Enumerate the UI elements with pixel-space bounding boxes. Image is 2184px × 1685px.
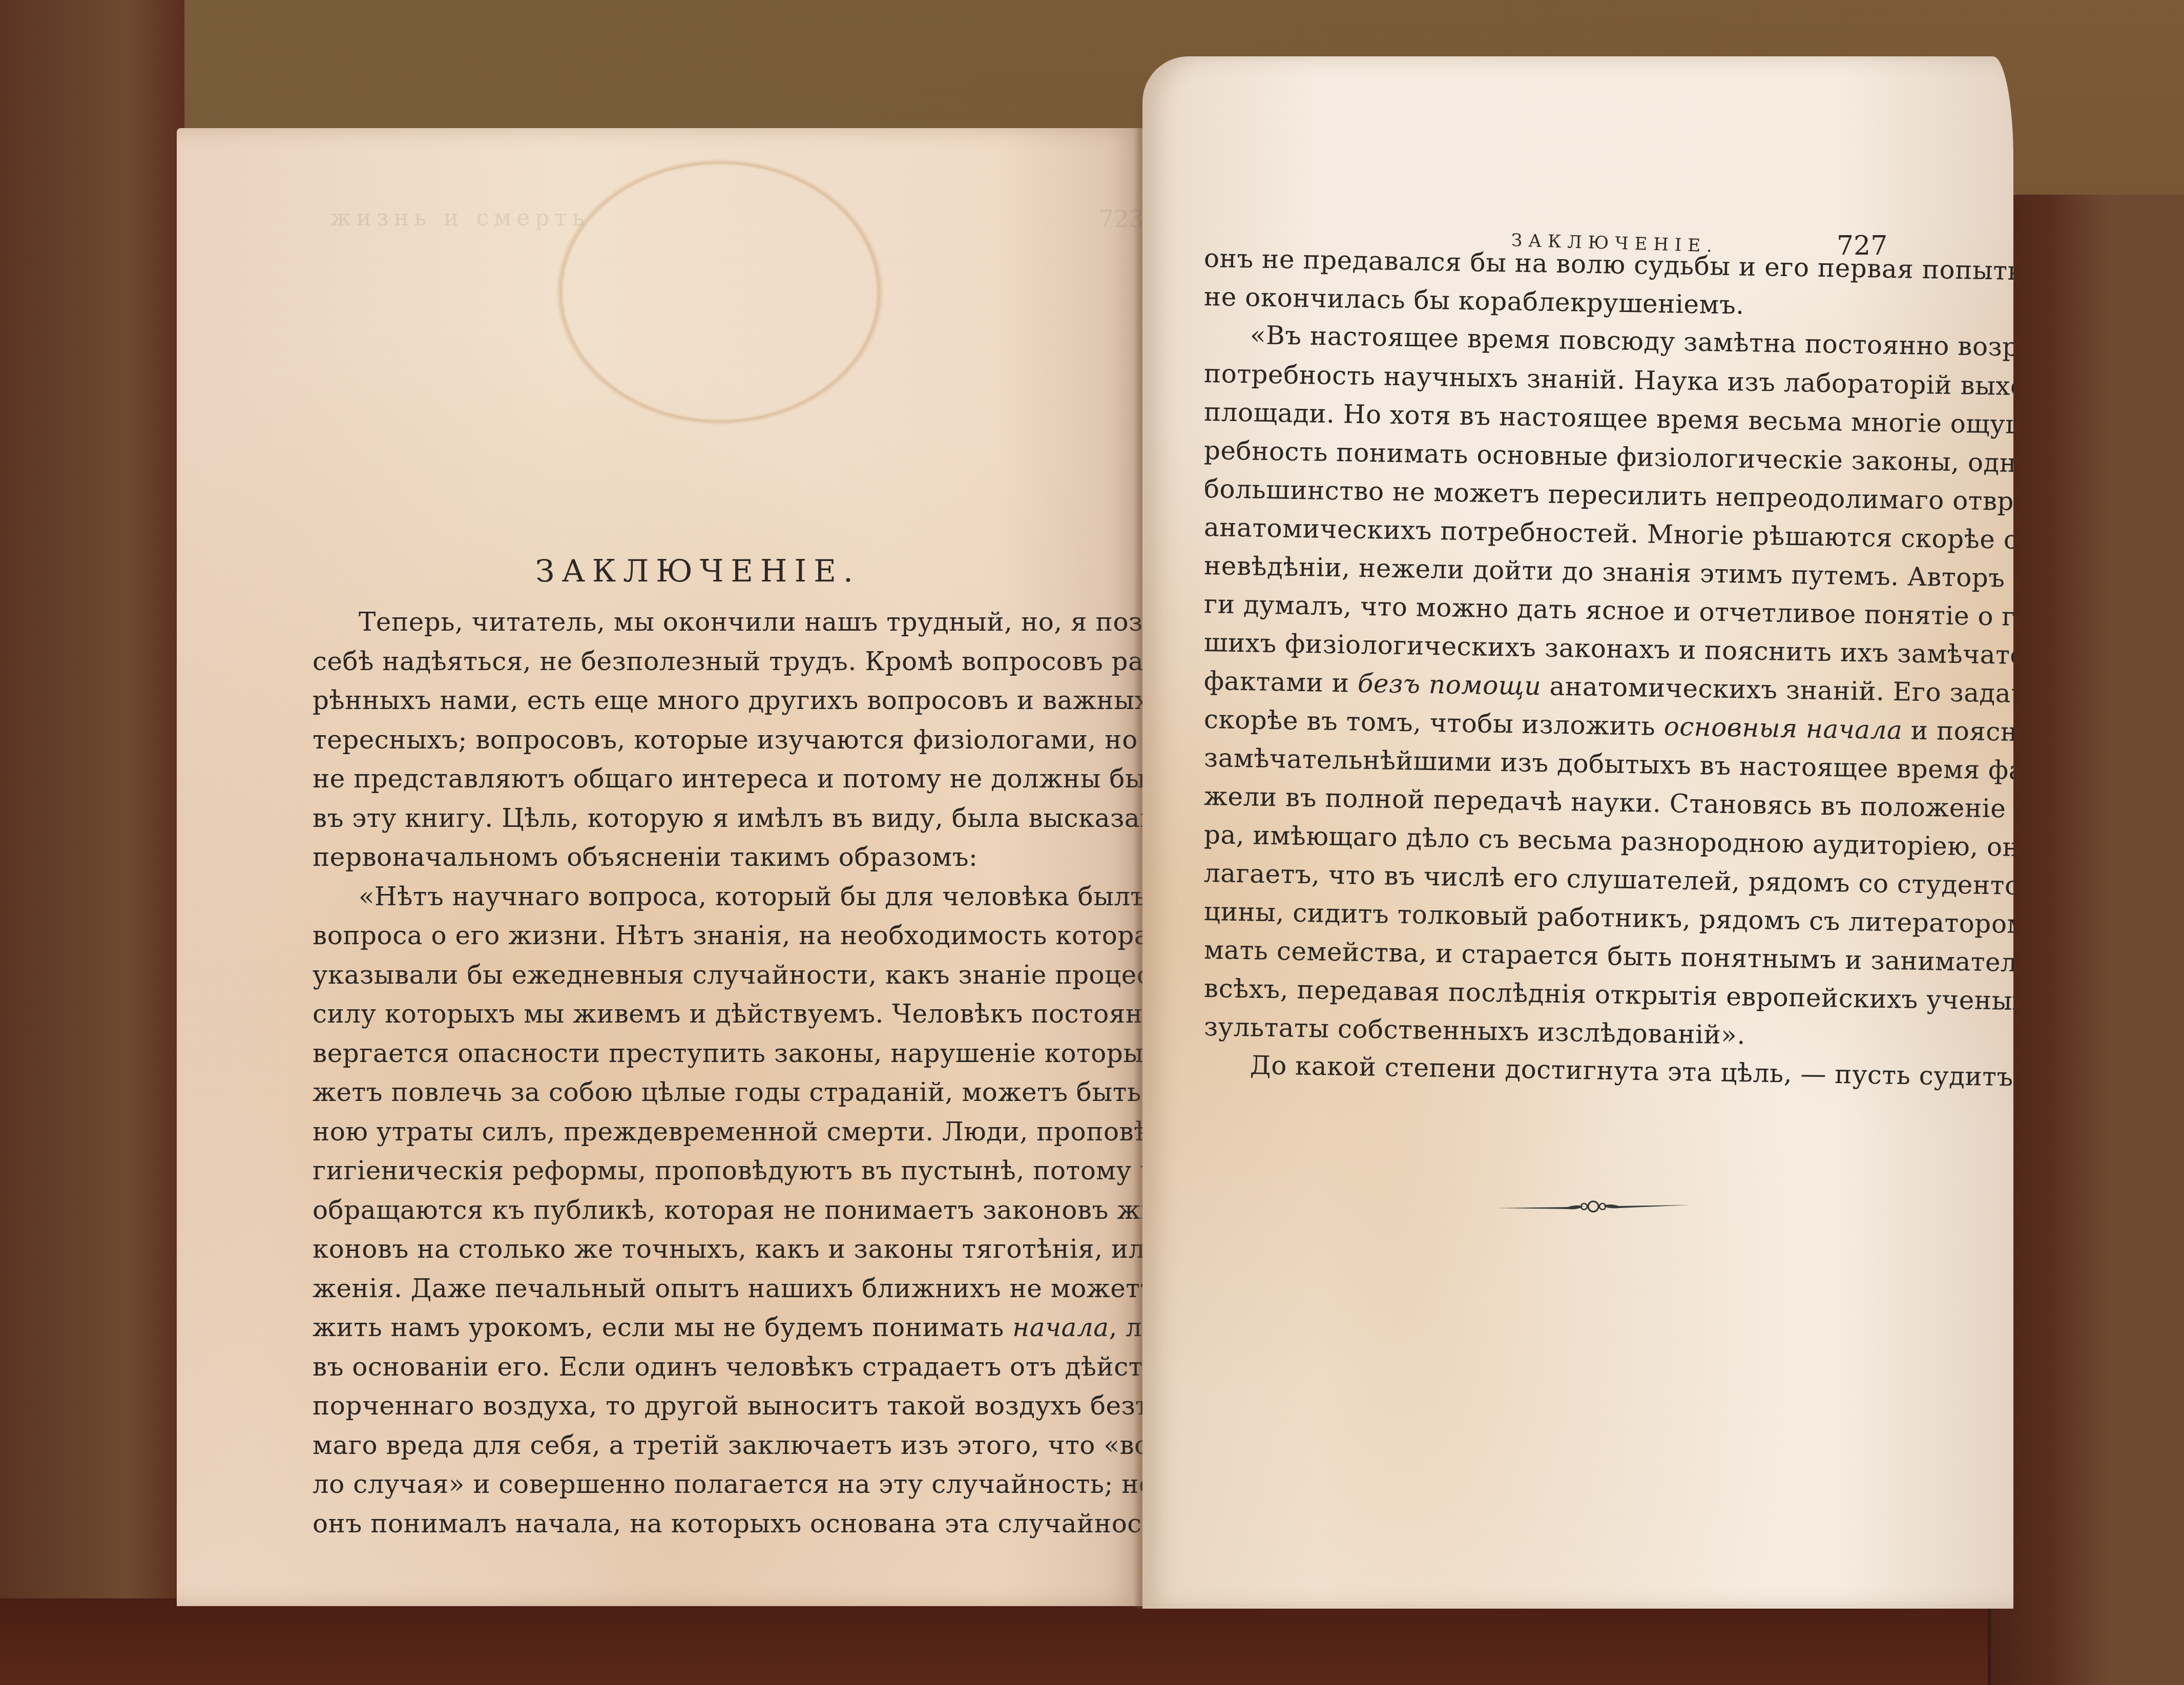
- text-line: онъ понималъ начала, на которыхъ основан…: [313, 1509, 1020, 1538]
- text-line: ною утраты силъ, преждевременной смерти.…: [313, 1117, 1020, 1147]
- text-segment: въ эту книгу. Цѣль, которую я имѣлъ въ в…: [313, 803, 1142, 833]
- text-segment: ра, имѣющаго дѣло съ весьма разнородною …: [1204, 820, 2013, 864]
- tailpiece-ornament-icon: [1491, 1194, 1696, 1219]
- text-line: не представляютъ общаго интереса и потом…: [313, 764, 1020, 794]
- text-line: «Въ настоящее время повсюду замѣтна пост…: [1250, 320, 1891, 360]
- show-through-running-head: жизнь и смерть: [330, 205, 590, 231]
- text-line: фактами и безъ помощи анатомическихъ зна…: [1204, 666, 1891, 706]
- text-segment: рѣнныхъ нами, есть еще много другихъ воп…: [313, 685, 1142, 715]
- text-segment: указывали бы ежедневныя случайности, как…: [313, 960, 1142, 990]
- text-segment: онъ не предавался бы на волю судьбы и ег…: [1204, 243, 2013, 288]
- text-line: не окончилась бы кораблекрушенiемъ.: [1204, 282, 1891, 322]
- text-line: обращаются къ публикѣ, которая не понима…: [313, 1195, 1020, 1225]
- text-line: скорѣе въ томъ, чтобы изложить основныя …: [1204, 704, 1891, 745]
- right-page: ЗАКЛЮЧЕНIЕ. 727 онъ не предавался бы на …: [1142, 56, 2013, 1609]
- text-segment: коновъ на столько же точныхъ, какъ и зак…: [313, 1234, 1142, 1264]
- book-cover-right: [1988, 195, 2184, 1685]
- text-line: вопроса о его жизни. Нѣтъ знанiя, на нео…: [313, 921, 1020, 950]
- text-line: ра, имѣющаго дѣло съ весьма разнородною …: [1204, 820, 1891, 860]
- text-line: площади. Но хотя въ настоящее время весь…: [1204, 397, 1891, 438]
- text-line: Теперь, читатель, мы окончили нашъ трудн…: [359, 607, 1020, 637]
- text-line: тересныхъ; вопросовъ, которые изучаются …: [313, 725, 1020, 755]
- text-line: маго вреда для себя, а третiй заключаетъ…: [313, 1430, 1020, 1460]
- text-line: невѣдѣнiи, нежели дойти до знанiя этимъ …: [1204, 551, 1891, 591]
- show-through-page-number: 723: [305, 205, 350, 233]
- text-segment: порченнаго воздуха, то другой выноситъ т…: [313, 1391, 1142, 1421]
- text-segment: онъ понималъ начала, на которыхъ основан…: [313, 1509, 1142, 1538]
- text-segment: Теперь, читатель, мы окончили нашъ трудн…: [359, 607, 1142, 637]
- text-segment: ги думалъ, что можно дать ясное и отчетл…: [1204, 589, 2013, 633]
- text-line: всѣхъ, передавая послѣднiя открытiя евро…: [1204, 973, 1891, 1014]
- left-page: жизнь и смерть 723 ЗАКЛЮЧЕНIЕ. Теперь, ч…: [177, 128, 1142, 1606]
- text-segment: анатомическихъ потребностей. Многiе рѣша…: [1204, 512, 2013, 557]
- text-line: жетъ повлечь за собою цѣлые годы страдан…: [313, 1077, 1020, 1107]
- text-line: ребность понимать основные физiологическ…: [1204, 435, 1891, 476]
- text-line: первоначальномъ объясненiи такимъ образо…: [313, 842, 1020, 872]
- text-line: онъ не предавался бы на волю судьбы и ег…: [1204, 243, 1891, 284]
- text-line: большинство не можетъ пересилить непреод…: [1204, 474, 1891, 514]
- text-line: себѣ надѣяться, не безполезный трудъ. Кр…: [313, 647, 1020, 676]
- text-line: зультаты собственныхъ изслѣдованiй».: [1204, 1012, 1891, 1052]
- text-line: цины, сидитъ толковый работникъ, рядомъ …: [1204, 897, 1891, 937]
- text-segment: первоначальномъ объясненiи такимъ образо…: [313, 842, 977, 872]
- italic-emphasis: начала: [1012, 1313, 1109, 1342]
- text-line: вергается опасности преступить законы, н…: [313, 1038, 1020, 1068]
- text-segment: мать семейства, и старается быть понятны…: [1204, 935, 2013, 980]
- text-line: «Нѣтъ научнаго вопроса, который бы для ч…: [359, 882, 1020, 911]
- text-segment: жели въ полной передачѣ науки. Становясь…: [1204, 781, 2013, 826]
- text-segment: «Нѣтъ научнаго вопроса, который бы для ч…: [359, 882, 1142, 911]
- text-segment: вопроса о его жизни. Нѣтъ знанiя, на нео…: [313, 921, 1142, 950]
- text-line: мать семейства, и старается быть понятны…: [1204, 935, 1891, 975]
- text-segment: тересныхъ; вопросовъ, которые изучаются …: [313, 725, 1142, 755]
- text-segment: себѣ надѣяться, не безполезный трудъ. Кр…: [313, 647, 1142, 676]
- text-segment: и пояснить ихъ: [1902, 715, 2013, 748]
- text-line: ги думалъ, что можно дать ясное и отчетл…: [1204, 589, 1891, 630]
- text-segment: ребность понимать основные физiологическ…: [1204, 435, 2013, 480]
- text-line: рѣнныхъ нами, есть еще много другихъ воп…: [313, 685, 1020, 715]
- text-segment: невѣдѣнiи, нежели дойти до знанiя этимъ …: [1204, 551, 2013, 595]
- text-segment: потребность научныхъ знанiй. Наука изъ л…: [1204, 359, 2013, 403]
- text-segment: «Въ настоящее время повсюду замѣтна пост…: [1250, 320, 2013, 364]
- text-segment: не представляютъ общаго интереса и потом…: [313, 764, 1142, 794]
- text-segment: жетъ повлечь за собою цѣлые годы страдан…: [313, 1077, 1142, 1107]
- text-line: жить намъ урокомъ, если мы не будемъ пон…: [313, 1313, 1020, 1342]
- text-segment: анатомическихъ знанiй. Его задача состои…: [1541, 671, 2013, 711]
- text-segment: цины, сидитъ толковый работникъ, рядомъ …: [1204, 897, 2013, 941]
- book-cover-bottom-edge: [0, 1598, 2184, 1685]
- text-line: въ основанiи его. Если одинъ человѣкъ ст…: [313, 1352, 1020, 1382]
- table-surface-left: [0, 0, 184, 1685]
- text-line: До какой степени достигнута эта цѣль, — …: [1250, 1050, 1891, 1090]
- text-segment: жить намъ урокомъ, если мы не будемъ пон…: [313, 1313, 1012, 1342]
- text-line: силу которыхъ мы живемъ и дѣйствуемъ. Че…: [313, 999, 1020, 1029]
- text-segment: ною утраты силъ, преждевременной смерти.…: [313, 1117, 1142, 1147]
- text-segment: въ основанiи его. Если одинъ человѣкъ ст…: [313, 1352, 1142, 1382]
- text-segment: маго вреда для себя, а третiй заключаетъ…: [313, 1430, 1142, 1460]
- text-line: лагаетъ, что въ числѣ его слушателей, ря…: [1204, 858, 1891, 899]
- text-segment: площади. Но хотя въ настоящее время весь…: [1204, 397, 2013, 442]
- text-segment: силу которыхъ мы живемъ и дѣйствуемъ. Че…: [313, 999, 1142, 1029]
- text-segment: шихъ физiологическихъ законахъ и пояснит…: [1204, 628, 2013, 672]
- text-line: замѣчательнѣйшими изъ добытыхъ въ настоя…: [1204, 743, 1891, 783]
- text-segment: обращаются къ публикѣ, которая не понима…: [313, 1195, 1142, 1225]
- italic-emphasis: основныя начала: [1663, 712, 1903, 745]
- text-segment: гигiеническiя реформы, проповѣдуютъ въ п…: [313, 1156, 1142, 1185]
- text-line: анатомическихъ потребностей. Многiе рѣша…: [1204, 512, 1891, 553]
- text-line: коновъ на столько же точныхъ, какъ и зак…: [313, 1234, 1020, 1264]
- text-line: порченнаго воздуха, то другой выноситъ т…: [313, 1391, 1020, 1421]
- text-line: гигiеническiя реформы, проповѣдуютъ въ п…: [313, 1156, 1020, 1185]
- text-segment: всѣхъ, передавая послѣднiя открытiя евро…: [1204, 973, 2013, 1017]
- text-segment: большинство не можетъ пересилить непреод…: [1204, 474, 2013, 518]
- text-line: женiя. Даже печальный опытъ нашихъ ближн…: [313, 1274, 1020, 1303]
- text-segment: вергается опасности преступить законы, н…: [313, 1038, 1142, 1068]
- text-segment: женiя. Даже печальный опытъ нашихъ ближн…: [313, 1274, 1142, 1303]
- text-segment: зультаты собственныхъ изслѣдованiй».: [1204, 1012, 1746, 1050]
- text-segment: не окончилась бы кораблекрушенiемъ.: [1204, 282, 1745, 320]
- text-line: жели въ полной передачѣ науки. Становясь…: [1204, 781, 1891, 822]
- text-line: указывали бы ежедневныя случайности, как…: [313, 960, 1020, 990]
- text-line: потребность научныхъ знанiй. Наука изъ л…: [1204, 359, 1891, 399]
- text-segment: скорѣе въ томъ, чтобы изложить: [1204, 704, 1665, 741]
- text-segment: ло случая» и совершенно полагается на эт…: [313, 1469, 1142, 1499]
- text-segment: До какой степени достигнута эта цѣль, — …: [1250, 1050, 2013, 1094]
- text-line: въ эту книгу. Цѣль, которую я имѣлъ въ в…: [313, 803, 1020, 833]
- text-line: ло случая» и совершенно полагается на эт…: [313, 1469, 1020, 1499]
- italic-emphasis: безъ помощи: [1358, 669, 1542, 701]
- chapter-title: ЗАКЛЮЧЕНIЕ.: [535, 553, 860, 589]
- text-line: шихъ физiологическихъ законахъ и пояснит…: [1204, 628, 1891, 668]
- text-segment: лагаетъ, что въ числѣ его слушателей, ря…: [1204, 858, 2013, 903]
- text-segment: фактами и: [1204, 666, 1358, 698]
- text-segment: замѣчательнѣйшими изъ добытыхъ въ настоя…: [1204, 743, 2013, 787]
